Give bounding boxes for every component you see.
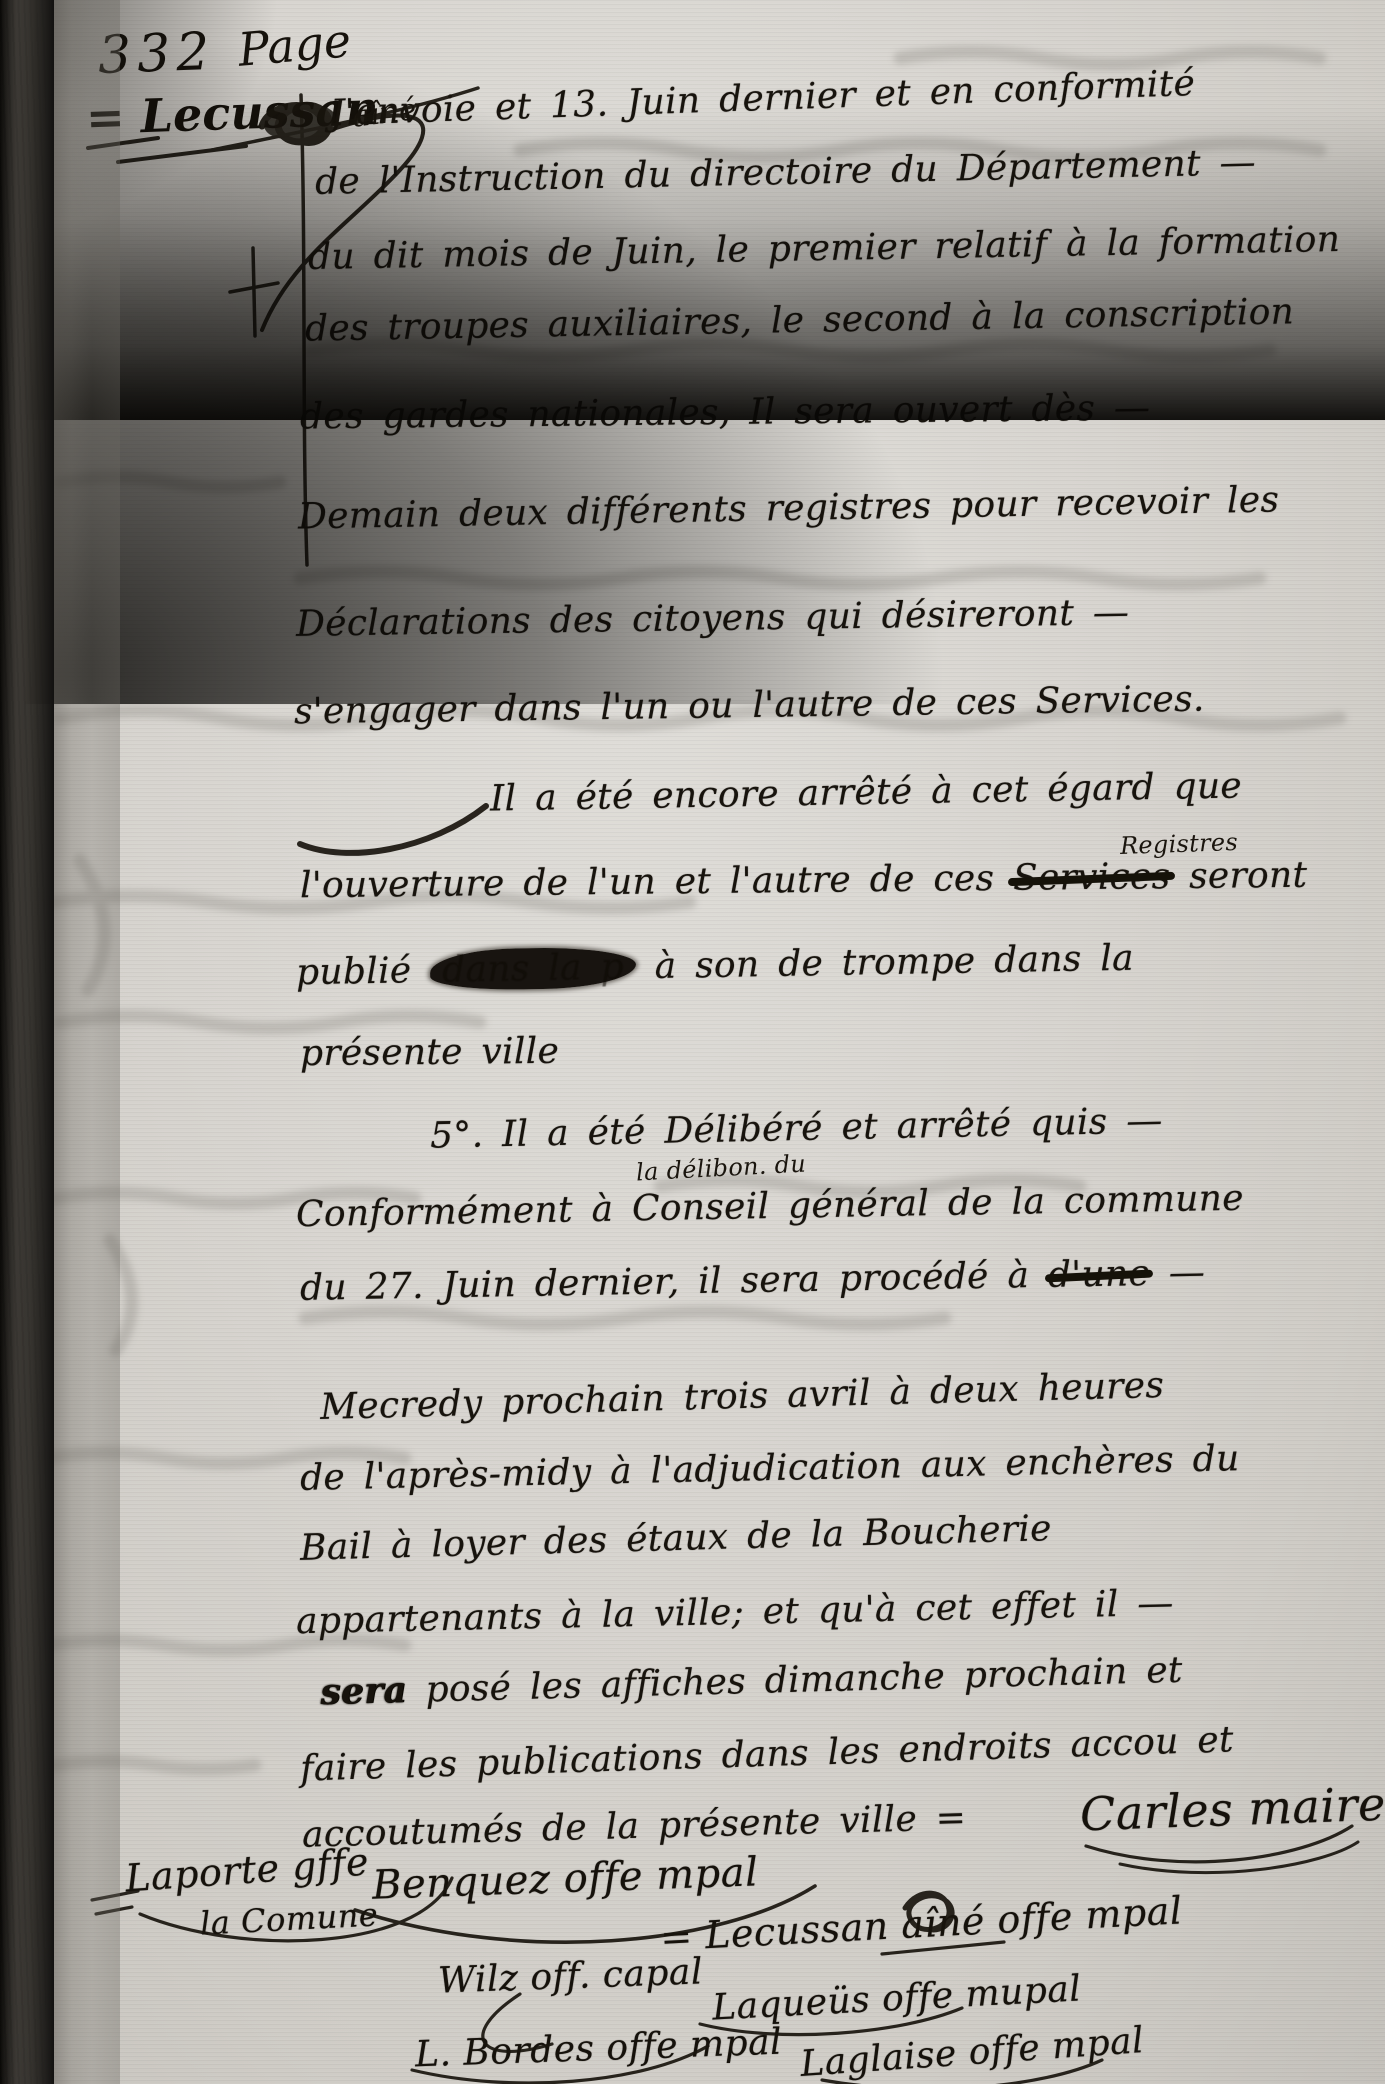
signature: = Lecussan aîné offe mpal <box>659 1888 1183 1959</box>
superscript-insertion: la délibon. du <box>635 1150 806 1187</box>
manuscript-line-segment: posé les affiches dimanche prochain et <box>406 1650 1183 1711</box>
manuscript-line-segment: l'ouverture de l'un et l'autre de ces <box>300 858 1013 906</box>
manuscript-line-segment: du 27. Juin dernier, il sera procédé à <box>300 1255 1049 1309</box>
page-number: 332 <box>97 22 216 86</box>
manuscript-line-segment: de l'Instruction du directoire du Départ… <box>315 142 1257 203</box>
manuscript-line-segment: s'engager dans l'un ou l'autre de ces Se… <box>294 679 1205 733</box>
manuscript-line-segment: d'une <box>1048 1253 1151 1296</box>
manuscript-line: Déclarations des citoyens qui désireront… <box>296 592 1130 645</box>
signature: la Comune <box>199 1895 379 1942</box>
manuscript-line-segment: présente ville <box>300 1031 559 1074</box>
page-curve-shading <box>0 0 120 2084</box>
manuscript-line: Mecredy prochain trois avril à deux heur… <box>320 1365 1165 1428</box>
signature: Carles maire <box>1079 1777 1385 1842</box>
manuscript-line: Conformément à Conseil général de la com… <box>296 1178 1244 1236</box>
manuscript-line-segment: Déclarations des citoyens qui désireront… <box>296 592 1130 645</box>
manuscript-line: présente ville <box>300 1031 559 1074</box>
manuscript-line-segment: J'envoie et 13. Juin dernier et en confo… <box>330 63 1196 134</box>
signature: Wilz off. capal <box>437 1951 703 2001</box>
book-spine-edge <box>0 0 92 2084</box>
margin-cross-mark <box>230 248 278 336</box>
manuscript-line: des troupes auxiliaires, le second à la … <box>305 291 1295 349</box>
manuscript-page-scan: 332 Page = Lecussan aîné J'envoie et 13.… <box>0 0 1385 2084</box>
manuscript-line-segment: faire les publications dans les endroits… <box>300 1719 1235 1789</box>
manuscript-line: sera posé les affiches dimanche prochain… <box>320 1649 1184 1714</box>
manuscript-line: Demain deux différents registres pour re… <box>298 479 1280 537</box>
manuscript-line-segment: Mecredy prochain trois avril à deux heur… <box>320 1365 1165 1428</box>
manuscript-line-segment: de l'après-midy à l'adjudication aux enc… <box>300 1438 1240 1499</box>
manuscript-line-segment: — <box>1150 1252 1206 1294</box>
manuscript-line: l'ouverture de l'un et l'autre de ces Se… <box>300 855 1308 907</box>
page-curl-shadow <box>0 0 54 2084</box>
manuscript-line: s'engager dans l'un ou l'autre de ces Se… <box>294 679 1205 733</box>
manuscript-line-segment: seront <box>1170 855 1307 897</box>
manuscript-line-segment: à son de trompe dans la <box>636 938 1135 988</box>
book-spine-texture <box>0 0 46 2084</box>
manuscript-line-segment: sera <box>320 1669 408 1713</box>
manuscript-line-segment: Demain deux différents registres pour re… <box>298 479 1280 537</box>
manuscript-line: Bail à loyer des étaux de la Boucherie <box>300 1508 1053 1569</box>
manuscript-line: J'envoie et 13. Juin dernier et en confo… <box>330 63 1196 134</box>
manuscript-line: du 27. Juin dernier, il sera procédé à d… <box>300 1252 1206 1309</box>
manuscript-line: Il a été encore arrêté à cet égard que <box>490 765 1243 819</box>
signature: Laglaise offe mpal <box>799 2020 1145 2084</box>
manuscript-line-segment: dans la p <box>430 946 636 991</box>
manuscript-line-segment: des gardes nationales, Il sera ouvert dè… <box>300 388 1151 438</box>
manuscript-line: du dit mois de Juin, le premier relatif … <box>308 219 1341 278</box>
signature: Laqueüs offe mupal <box>711 1968 1082 2028</box>
manuscript-line-segment: Conformément à Conseil général de la com… <box>296 1178 1244 1236</box>
manuscript-line-segment: appartenants à la ville; et qu'à cet eff… <box>296 1583 1174 1642</box>
signature: L. Bordes offe mpal <box>414 2022 782 2076</box>
manuscript-line: de l'après-midy à l'adjudication aux enc… <box>300 1438 1240 1499</box>
manuscript-line: des gardes nationales, Il sera ouvert dè… <box>300 388 1151 438</box>
manuscript-line: faire les publications dans les endroits… <box>300 1719 1235 1789</box>
manuscript-line-segment: des troupes auxiliaires, le second à la … <box>305 291 1295 349</box>
manuscript-line: accoutumés de la présente ville = <box>302 1797 967 1855</box>
superscript-insertion: Registres <box>1120 828 1239 860</box>
manuscript-line-segment: du dit mois de Juin, le premier relatif … <box>308 219 1341 278</box>
manuscript-line-segment: Il a été encore arrêté à cet égard que <box>490 765 1243 819</box>
manuscript-line-segment: publié <box>296 950 431 993</box>
manuscript-line-segment: Services <box>1013 856 1171 899</box>
manuscript-line-segment: accoutumés de la présente ville = <box>302 1797 967 1855</box>
manuscript-line: de l'Instruction du directoire du Départ… <box>315 142 1257 203</box>
manuscript-line: appartenants à la ville; et qu'à cet eff… <box>296 1583 1174 1642</box>
manuscript-line: 5°. Il a été Délibéré et arrêté quis — <box>430 1100 1163 1156</box>
paragraph-swash <box>300 806 486 853</box>
manuscript-line: publié dans la p à son de trompe dans la <box>296 938 1135 994</box>
manuscript-line-segment: 5°. Il a été Délibéré et arrêté quis — <box>430 1100 1163 1156</box>
page-label: Page <box>236 13 353 77</box>
signature: Benquez offe mpal <box>371 1849 759 1908</box>
signature: Laporte gffe <box>124 1840 371 1901</box>
manuscript-line-segment: Bail à loyer des étaux de la Boucherie <box>300 1508 1053 1569</box>
